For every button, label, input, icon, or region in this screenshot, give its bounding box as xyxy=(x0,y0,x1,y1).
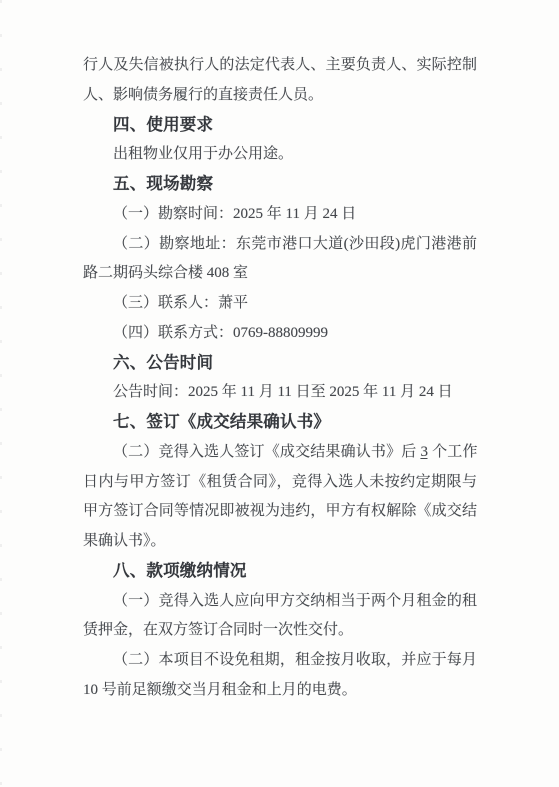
deposit-paragraph-line-1: （一）竞得入选人应向甲方交纳相当于两个月租金的租 xyxy=(83,587,477,617)
intro-paragraph-line-2: 人、影响债务履行的直接责任人员。 xyxy=(83,81,477,111)
confirmation-text-pre: （二）竞得入选人签订《成交结果确认书》后 xyxy=(113,444,416,460)
section-4-body: 出租物业仅用于办公用途。 xyxy=(83,140,477,170)
contact-person-item: （三）联系人：萧平 xyxy=(83,289,477,319)
confirmation-paragraph-line-1: （二）竞得入选人签订《成交结果确认书》后3个工作 xyxy=(83,438,477,468)
section-5-heading: 五、现场勘察 xyxy=(83,170,477,200)
confirmation-paragraph-line-3: 甲方签订合同等情况即被视为违约，甲方有权解除《成交结 xyxy=(83,497,477,527)
contact-phone-item: （四）联系方式：0769-88809999 xyxy=(83,319,477,349)
deposit-paragraph-line-2: 赁押金，在双方签订合同时一次性交付。 xyxy=(83,616,477,646)
confirmation-paragraph-line-2: 日内与甲方签订《租赁合同》，竞得入选人未按约定期限与 xyxy=(83,468,477,498)
section-4-heading: 四、使用要求 xyxy=(83,111,477,141)
confirmation-paragraph-line-4: 果确认书》。 xyxy=(83,527,477,557)
underlined-workdays-number: 3 xyxy=(420,444,427,460)
section-7-heading: 七、签订《成交结果确认书》 xyxy=(83,408,477,438)
document-body: 行人及失信被执行人的法定代表人、主要负责人、实际控制 人、影响债务履行的直接责任… xyxy=(83,51,477,706)
rent-payment-paragraph-line-2: 10 号前足额缴交当月租金和上月的电费。 xyxy=(83,676,477,706)
survey-address-line-2: 路二期码头综合楼 408 室 xyxy=(83,259,477,289)
section-8-heading: 八、款项缴纳情况 xyxy=(83,557,477,587)
section-6-heading: 六、公告时间 xyxy=(83,349,477,379)
confirmation-text-post: 个工作 xyxy=(431,444,477,460)
announcement-period: 公告时间：2025 年 11 月 11 日至 2025 年 11 月 24 日 xyxy=(83,378,477,408)
survey-address-line-1: （二）勘察地址：东莞市港口大道(沙田段)虎门港港前 xyxy=(83,230,477,260)
intro-paragraph-line-1: 行人及失信被执行人的法定代表人、主要负责人、实际控制 xyxy=(83,51,477,81)
document-page: 行人及失信被执行人的法定代表人、主要负责人、实际控制 人、影响债务履行的直接责任… xyxy=(0,0,559,787)
rent-payment-paragraph-line-1: （二）本项目不设免租期，租金按月收取，并应于每月 xyxy=(83,646,477,676)
scan-edge-artifacts xyxy=(0,0,2,787)
survey-time-item: （一）勘察时间：2025 年 11 月 24 日 xyxy=(83,200,477,230)
